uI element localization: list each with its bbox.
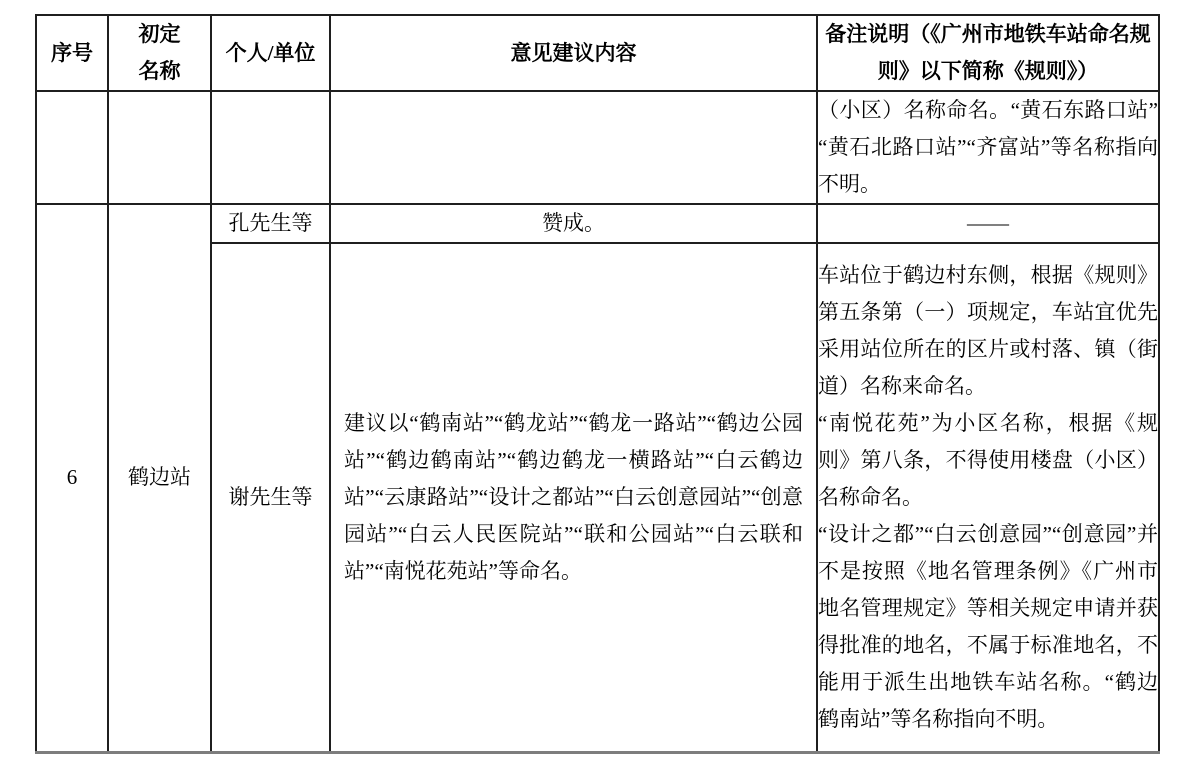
header-proposer: 个人/单位 [211, 15, 330, 91]
header-initial-name: 初定名称 [108, 15, 211, 91]
row6-station-name: 鹤边站 [128, 465, 191, 489]
carryover-proposer-cell [211, 91, 330, 204]
row6-station-name-cell: 鹤边站 [108, 204, 211, 752]
remark-paragraph-estate-rule: “南悦花苑”为小区名称，根据《规则》第八条，不得使用楼盘（小区）名称命名。 [818, 405, 1158, 516]
carryover-remark-paragraph: （小区）名称命名。“黄石东路口站”“黄石北路口站”“齐富站”等名称指向不明。 [818, 92, 1158, 203]
row6-opinion-kong-cell: 赞成。 [330, 204, 817, 243]
header-remarks: 备注说明（《广州市地铁车站命名规则》以下简称《规则》） [817, 15, 1159, 91]
row6-proposer-kong: 孔先生等 [229, 211, 313, 235]
carryover-row: （小区）名称命名。“黄石东路口站”“黄石北路口站”“齐富站”等名称指向不明。 [36, 91, 1159, 204]
row6-remark-dash: —— [967, 211, 1009, 235]
header-initial-name-label: 初定名称 [137, 16, 183, 90]
header-remarks-label: 备注说明（《广州市地铁车站命名规则》以下简称《规则》） [825, 22, 1151, 83]
header-opinion-content: 意见建议内容 [330, 15, 817, 91]
remark-paragraph-nonstandard-names: “设计之都”“白云创意园”“创意园”并不是按照《地名管理条例》《广州市地名管理规… [818, 516, 1158, 738]
document-page: 序号 初定名称 个人/单位 意见建议内容 备注说明（《广州市地铁车站命名规则》以… [0, 0, 1179, 776]
row6-remarks-xie-cell: 车站位于鹤边村东侧，根据《规则》第五条第（一）项规定，车站宜优先采用站位所在的区… [817, 243, 1159, 752]
remark-paragraph-location-rule: 车站位于鹤边村东侧，根据《规则》第五条第（一）项规定，车站宜优先采用站位所在的区… [818, 257, 1158, 405]
header-proposer-label: 个人/单位 [226, 41, 316, 65]
row6-seq-number-cell: 6 [36, 204, 108, 752]
row6-opinion-kong: 赞成。 [542, 211, 605, 235]
header-seq-number-label: 序号 [51, 41, 93, 65]
row6-seq-number: 6 [67, 465, 78, 489]
row6-opinion-xie-cell: 建议以“鹤南站”“鹤龙站”“鹤龙一路站”“鹤边公园站”“鹤边鹤南站”“鹤边鹤龙一… [330, 243, 817, 752]
row6-proposer-xie-cell: 谢先生等 [211, 243, 330, 752]
carryover-initial-name-cell [108, 91, 211, 204]
row6-proposer-xie: 谢先生等 [229, 485, 313, 509]
carryover-seq-cell [36, 91, 108, 204]
row6-proposer-kong-cell: 孔先生等 [211, 204, 330, 243]
table-header-row: 序号 初定名称 个人/单位 意见建议内容 备注说明（《广州市地铁车站命名规则》以… [36, 15, 1159, 91]
carryover-remarks-cell: （小区）名称命名。“黄石东路口站”“黄石北路口站”“齐富站”等名称指向不明。 [817, 91, 1159, 204]
header-seq-number: 序号 [36, 15, 108, 91]
carryover-opinion-cell [330, 91, 817, 204]
row6-remark-kong-cell: —— [817, 204, 1159, 243]
station-naming-opinions-table: 序号 初定名称 个人/单位 意见建议内容 备注说明（《广州市地铁车站命名规则》以… [35, 14, 1160, 754]
row6-opinion-xie-paragraph: 建议以“鹤南站”“鹤龙站”“鹤龙一路站”“鹤边公园站”“鹤边鹤南站”“鹤边鹤龙一… [331, 405, 816, 590]
header-opinion-content-label: 意见建议内容 [511, 41, 637, 65]
row6-kong-subrow: 6 鹤边站 孔先生等 赞成。 —— [36, 204, 1159, 243]
